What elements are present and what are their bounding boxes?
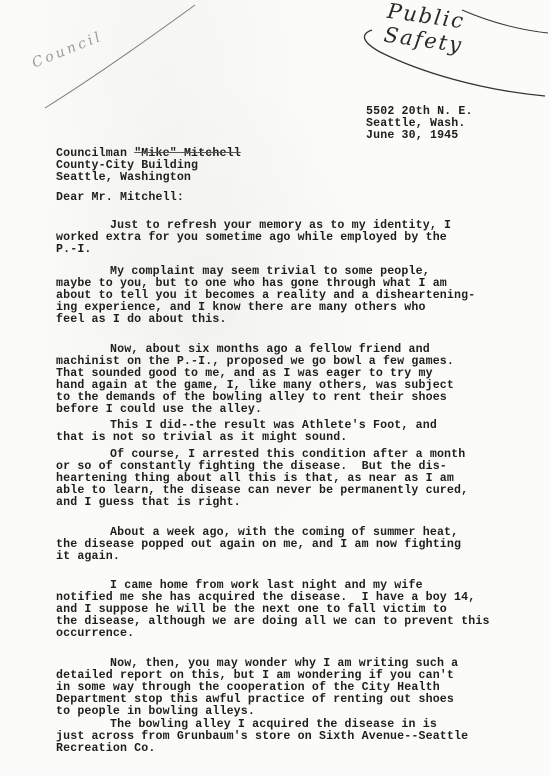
- handwritten-note-public-safety: Public Safety: [382, 0, 550, 69]
- paragraph: Now, about six months ago a fellow frien…: [56, 344, 506, 416]
- paragraph: I came home from work last night and my …: [56, 580, 506, 640]
- paragraph-line: Recreation Co.: [56, 743, 506, 755]
- paragraph-line: before I could use the alley.: [56, 404, 506, 416]
- letter-date: June 30, 1945: [366, 130, 473, 142]
- paragraph: My complaint may seem trivial to some pe…: [56, 266, 506, 326]
- recipient-city: Seattle, Washington: [56, 172, 241, 184]
- paragraph: Of course, I arrested this condition aft…: [56, 449, 506, 509]
- handwritten-note-left: Council: [30, 29, 106, 72]
- recipient-address: Councilman "Mike" Mitchell County-City B…: [56, 148, 241, 184]
- return-address: 5502 20th N. E. Seattle, Wash. June 30, …: [366, 106, 473, 142]
- paragraph-line: worked extra for you sometime ago while …: [56, 232, 506, 244]
- letter-page: Council Public Safety 5502 20th N. E. Se…: [0, 0, 550, 776]
- paragraph-line: the disease popped out again on me, and …: [56, 539, 506, 551]
- paragraph-line: occurrence.: [56, 628, 506, 640]
- paragraph: Just to refresh your memory as to my ide…: [56, 220, 506, 256]
- paragraph: This I did--the result was Athlete's Foo…: [56, 420, 506, 444]
- paragraph-line: and I guess that is right.: [56, 497, 506, 509]
- paragraph: Now, then, you may wonder why I am writi…: [56, 658, 506, 718]
- paragraph-line: it again.: [56, 551, 506, 563]
- paragraph: The bowling alley I acquired the disease…: [56, 719, 506, 755]
- paragraph-line: feel as I do about this.: [56, 314, 506, 326]
- paragraph-line: to people in bowling alleys.: [56, 706, 506, 718]
- paragraph-line: P.-I.: [56, 244, 506, 256]
- paragraph-line: that is not so trivial as it might sound…: [56, 432, 506, 444]
- salutation: Dear Mr. Mitchell:: [56, 192, 184, 204]
- paragraph: About a week ago, with the coming of sum…: [56, 527, 506, 563]
